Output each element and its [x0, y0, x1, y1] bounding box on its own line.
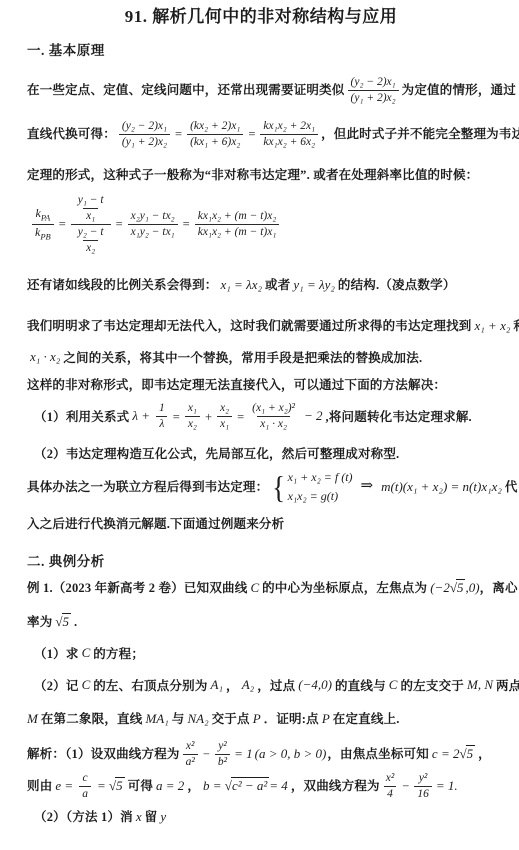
math-suffix: = 4	[269, 778, 288, 793]
left-brace: {	[272, 473, 285, 502]
math-prefix: (−2√	[430, 580, 457, 595]
inline-math: √5	[55, 613, 71, 632]
text-run: 与	[172, 710, 185, 728]
text-run: 可得	[128, 777, 153, 795]
document-page: 91. 解析几何中的非对称结构与应用 一. 基本原理 在一些定点、定值、定线问题…	[0, 0, 519, 827]
radical-argument: 5	[466, 745, 476, 761]
text-run: （2）韦达定理构造互化公式，先局部互化，然后可整理成对称型.	[34, 445, 399, 463]
fraction-denominator: a	[79, 786, 91, 802]
text-run: ，	[187, 777, 200, 795]
fraction: kx₁x₂ + (m − t)x₂ kx₁x₂ + (m − t)x₁	[195, 209, 280, 240]
solution-line-2: 则由 e = c a = √5 可得 a = 2 ， b = √c² − a²=…	[27, 771, 495, 802]
radical-argument: c² − a²	[231, 777, 269, 793]
inline-math: = 1	[234, 745, 253, 764]
fraction-denominator: x₂	[185, 416, 200, 432]
fraction: y² b²	[215, 739, 230, 770]
fraction-denominator: y₂ − t x₂	[71, 224, 111, 256]
fraction: (x₁ + x₂)² x₁ · x₂	[249, 401, 298, 432]
inline-math: NA₂	[187, 710, 208, 729]
radical-argument: 5	[115, 777, 125, 793]
math-suffix: ,0)	[465, 580, 479, 595]
inline-math: C	[389, 676, 398, 695]
para-system-continuation: 入之后进行代换消元解题.下面通过例题来分析	[27, 515, 495, 533]
equals-sign: =	[237, 408, 244, 426]
para-proportion: 还有诸如线段的比例关系会得到： x₁ = λx₂ 或者 y₁ = λy₂ 的结构…	[27, 276, 495, 295]
fraction-denominator: a²	[183, 754, 198, 770]
text-run: 例 1.（2023 年新高考 2 卷）已知双曲线	[27, 579, 247, 597]
fraction-numerator: (y₂ − 2)x₁	[348, 75, 399, 90]
text-run: 定理的形式，这种式子一般称为“非对称韦达定理”. 或者在处理斜率比值的时候：	[27, 166, 478, 184]
equals-sign: =	[175, 125, 182, 143]
text-run: ，由焦点坐标可知	[327, 745, 429, 763]
text-run: 留	[145, 808, 158, 826]
equals-sign: =	[183, 215, 190, 233]
inline-math: c = 2√5	[432, 745, 475, 764]
inline-math: M	[27, 710, 38, 729]
para-intro-line-1: 在一些定点、定值、定线问题中，还常出现需要证明类似 (y₂ − 2)x₁ (y₁…	[27, 75, 495, 106]
fraction-numerator: c	[80, 771, 91, 786]
fraction-numerator: kx₁x₂ + (m − t)x₂	[195, 209, 280, 224]
text-run: （1）利用关系式	[34, 408, 129, 426]
fraction-numerator: (y₂ − 2)x₁	[119, 119, 170, 134]
solution-line-1: 解析：（1）设双曲线方程为 x² a² − y² b² = 1 (a > 0, …	[27, 739, 495, 770]
fraction: kx₁x₂ + 2x₁ kx₁x₂ + 6x₂	[260, 119, 318, 150]
inline-math: MA₁	[145, 710, 168, 729]
text-run: 和	[513, 317, 519, 335]
inner-fraction: y₂ − t x₂	[75, 225, 107, 256]
inline-math: A₂	[242, 676, 254, 695]
fraction-numerator: x²	[183, 739, 198, 754]
text-run: ，双曲线方程为	[291, 777, 380, 795]
fraction-denominator: kx₁x₂ + 6x₂	[260, 134, 318, 150]
text-run: 的左、右顶点分别为	[93, 677, 207, 695]
text-run: 解析：（1）设双曲线方程为	[27, 745, 180, 763]
fraction: (y₂ − 2)x₁ (y₁ + 2)x₂	[119, 119, 170, 150]
display-formula-slope-ratio: kPA kPB = y₁ − t x₁ y₂ − t x₂ = x₂y₁ − t…	[27, 193, 495, 256]
fraction: 1 λ	[156, 401, 168, 432]
equals-sign: =	[116, 215, 123, 233]
inline-math: x₁ · x₂	[30, 348, 60, 367]
inline-math: (−4,0)	[298, 676, 332, 695]
text-run: 代	[505, 478, 518, 496]
compound-fraction: y₁ − t x₁ y₂ − t x₂	[71, 193, 111, 256]
inline-math: P	[253, 710, 261, 729]
subscript-pb: PB	[40, 231, 50, 241]
inline-math: m(t)(x₁ + x₂) = n(t)x₁x₂	[381, 478, 502, 497]
method-item-1: （1）利用关系式 λ + 1 λ = x₁ x₂ + x₂ x₁ = (x₁ +…	[27, 401, 495, 432]
subscript-pa: PA	[41, 213, 50, 223]
fraction-denominator: (kx₁ + 6)x₂	[187, 134, 243, 150]
text-run: 则由	[27, 777, 52, 795]
inline-math: C	[250, 579, 259, 598]
fraction-denominator: kPB	[32, 224, 54, 242]
para-intro-line-2: 直线代换可得： (y₂ − 2)x₁ (y₁ + 2)x₂ = (kx₂ + 2…	[27, 119, 495, 150]
fraction: y² 16	[414, 771, 432, 802]
plus-sign: +	[205, 408, 212, 426]
equals-sign: =	[248, 125, 255, 143]
inline-math: e =	[55, 777, 73, 796]
implies-arrow: ⇒	[361, 476, 374, 498]
para-methods-intro: 这样的非对称形式，即韦达定理无法直接代入，可以通过下面的方法解决：	[27, 376, 495, 394]
method-item-2: （2）韦达定理构造互化公式，先局部互化，然后可整理成对称型.	[27, 445, 495, 463]
text-run: 这样的非对称形式，即韦达定理无法直接代入，可以通过下面的方法解决：	[27, 376, 446, 394]
fraction-numerator: x₂	[217, 401, 232, 416]
para-vieta-line-1: 我们明明求了韦达定理却无法代入，这时我们就需要通过所求得的韦达定理找到 x₁ +…	[27, 317, 495, 336]
inline-math: C	[82, 644, 91, 663]
fraction-kpa-kpb: kPA kPB	[32, 206, 54, 242]
example-1-question-2-continuation: M 在第二象限，直线 MA₁ 与 NA₂ 交于点 P ．证明:点 P 在定直线上…	[27, 710, 495, 729]
example-1-line-1: 例 1.（2023 年新高考 2 卷）已知双曲线 C 的中心为坐标原点，左焦点为…	[27, 579, 495, 598]
fraction: (y₂ − 2)x₁ (y₁ + 2)x₂	[348, 75, 399, 106]
fraction-numerator: y²	[416, 771, 431, 786]
text-run: （1）求	[34, 645, 79, 663]
text-run: 或者	[265, 276, 290, 294]
text-run: ，但此时式子并不能完全整理为韦达	[321, 125, 519, 143]
text-run: .	[74, 613, 77, 631]
text-run: 的左支交于	[400, 677, 464, 695]
solution-line-3: （2）（方法 1）消 x 留 y	[27, 808, 495, 827]
fraction: x₂ x₁	[217, 401, 232, 432]
section-2-heading: 二. 典例分析	[27, 550, 495, 570]
fraction-denominator: x₁	[217, 416, 232, 432]
fraction-denominator: x₁y₂ − tx₁	[128, 224, 178, 240]
inline-math: y₁ = λy₂	[293, 276, 334, 295]
para-vieta-line-2: x₁ · x₂ 之间的关系，将其中一个替换，常用手段是把乘法的替换成加法.	[27, 348, 495, 367]
fraction-numerator: (kx₂ + 2)x₁	[187, 119, 243, 134]
fraction: x² a²	[183, 739, 198, 770]
text-run: 直线代换可得：	[27, 125, 116, 143]
para-intro-line-3: 定理的形式，这种式子一般称为“非对称韦达定理”. 或者在处理斜率比值的时候：	[27, 166, 495, 184]
inline-math: y	[160, 808, 166, 827]
fraction-denominator: 4	[384, 786, 396, 802]
text-run: 的直线与	[335, 677, 386, 695]
radical-argument: 5	[62, 613, 72, 629]
equals-sign: =	[173, 408, 180, 426]
fraction-numerator: kx₁x₂ + 2x₁	[260, 119, 318, 134]
para-system: 具体办法之一为联立方程后得到韦达定理： { x₁ + x₂ = f (t) x₁…	[27, 468, 495, 505]
fraction-denominator: (y₁ + 2)x₂	[119, 134, 170, 150]
fraction-numerator: y₂ − t	[75, 225, 107, 240]
fraction-numerator: kPA	[33, 206, 54, 223]
fraction: c a	[79, 771, 91, 802]
text-run: ，过点	[257, 677, 295, 695]
inline-math: x	[136, 808, 142, 827]
text-run: 具体办法之一为联立方程后得到韦达定理：	[27, 478, 268, 496]
system-equation-1: x₁ + x₂ = f (t)	[288, 468, 353, 487]
inline-math: − 2	[304, 407, 323, 426]
system-equation-2: x₁x₂ = g(t)	[288, 487, 338, 506]
fraction-denominator: λ	[156, 416, 167, 432]
fraction: x₂y₁ − tx₂ x₁y₂ − tx₁	[128, 209, 178, 240]
inline-math: A₁	[211, 676, 223, 695]
inline-math: x₁ = λx₂	[221, 276, 262, 295]
text-run: 为定值的情形，通过	[402, 81, 516, 99]
math-prefix: b = √	[203, 778, 232, 793]
text-run: ，	[478, 745, 491, 763]
text-run: ,将问题转化韦达定理求解.	[326, 408, 472, 426]
fraction-numerator: (x₁ + x₂)²	[249, 401, 298, 416]
text-run: 的方程；	[93, 645, 144, 663]
section-1-heading: 一. 基本原理	[27, 39, 495, 59]
text-run: 还有诸如线段的比例关系会得到：	[27, 276, 218, 294]
text-run: 入之后进行代换消元解题.下面通过例题来分析	[27, 515, 284, 533]
fraction-denominator: (y₁ + 2)x₂	[348, 90, 399, 106]
inline-math: = 1.	[436, 777, 458, 796]
text-run: ，离心	[480, 579, 518, 597]
fraction-numerator: y₁ − t	[75, 193, 107, 208]
text-run: 在定直线上.	[333, 710, 400, 728]
fraction-denominator: x₁ · x₂	[257, 416, 290, 432]
fraction: x² 4	[383, 771, 398, 802]
minus-sign: −	[203, 745, 210, 763]
inline-math: C	[82, 676, 91, 695]
text-run: 的中心为坐标原点，左焦点为	[262, 579, 427, 597]
fraction-numerator: x₁	[185, 401, 200, 416]
fraction-numerator: y₁ − t x₁	[71, 193, 111, 224]
fraction: (kx₂ + 2)x₁ (kx₁ + 6)x₂	[187, 119, 243, 150]
inline-math: M, N	[467, 676, 493, 695]
text-run: 的结构.（凌点数学）	[338, 276, 456, 294]
text-run: 在一些定点、定值、定线问题中，还常出现需要证明类似	[27, 81, 345, 99]
text-run: 在第二象限，直线	[41, 710, 143, 728]
inline-math: b = √c² − a²= 4	[203, 777, 288, 796]
inline-math: (−2√5,0)	[430, 579, 479, 598]
fraction-denominator: kx₁x₂ + (m − t)x₁	[195, 224, 280, 240]
text-run: 交于点	[212, 710, 250, 728]
fraction-numerator: 1	[156, 401, 168, 416]
page-title: 91. 解析几何中的非对称结构与应用	[27, 6, 495, 28]
math-prefix: c = 2√	[432, 746, 467, 761]
text-run: 之间的关系，将其中一个替换，常用手段是把乘法的替换成加法.	[63, 349, 422, 367]
text-run: （2）（方法 1）消	[34, 808, 133, 826]
example-1-line-2: 率为 √5 .	[27, 613, 495, 632]
fraction-denominator: x₁	[83, 208, 98, 224]
inner-fraction: y₁ − t x₁	[75, 193, 107, 224]
fraction-denominator: 16	[414, 786, 432, 802]
text-run: 我们明明求了韦达定理却无法代入，这时我们就需要通过所求得的韦达定理找到	[27, 317, 472, 335]
inline-math: = √5	[97, 777, 125, 796]
inline-math: x₁ + x₂	[475, 317, 511, 336]
text-run: 两点，	[496, 677, 519, 695]
minus-sign: −	[402, 777, 409, 795]
fraction-numerator: x₂y₁ − tx₂	[128, 209, 178, 224]
fraction-numerator: x²	[383, 771, 398, 786]
fraction-numerator: y²	[215, 739, 230, 754]
inline-math: λ +	[132, 407, 150, 426]
equation-system: { x₁ + x₂ = f (t) x₁x₂ = g(t)	[271, 468, 352, 505]
equals-sign: =	[59, 215, 66, 233]
fraction: x₁ x₂	[185, 401, 200, 432]
fraction-denominator: b²	[215, 754, 230, 770]
text-run: ，	[226, 677, 239, 695]
inline-math: a = 2	[156, 777, 184, 796]
inline-math: (a > 0, b > 0)	[255, 745, 327, 764]
system-equations: x₁ + x₂ = f (t) x₁x₂ = g(t)	[288, 468, 353, 505]
text-run: 率为	[27, 613, 52, 631]
text-run: ．证明:点	[264, 710, 319, 728]
fraction-denominator: x₂	[83, 240, 98, 256]
example-1-question-2: （2）记 C 的左、右顶点分别为 A₁ ， A₂ ，过点 (−4,0) 的直线与…	[27, 676, 495, 695]
text-run: （2）记	[34, 677, 79, 695]
inline-math: P	[322, 710, 330, 729]
math-prefix: = √	[97, 778, 116, 793]
example-1-question-1: （1）求 C 的方程；	[27, 644, 495, 663]
